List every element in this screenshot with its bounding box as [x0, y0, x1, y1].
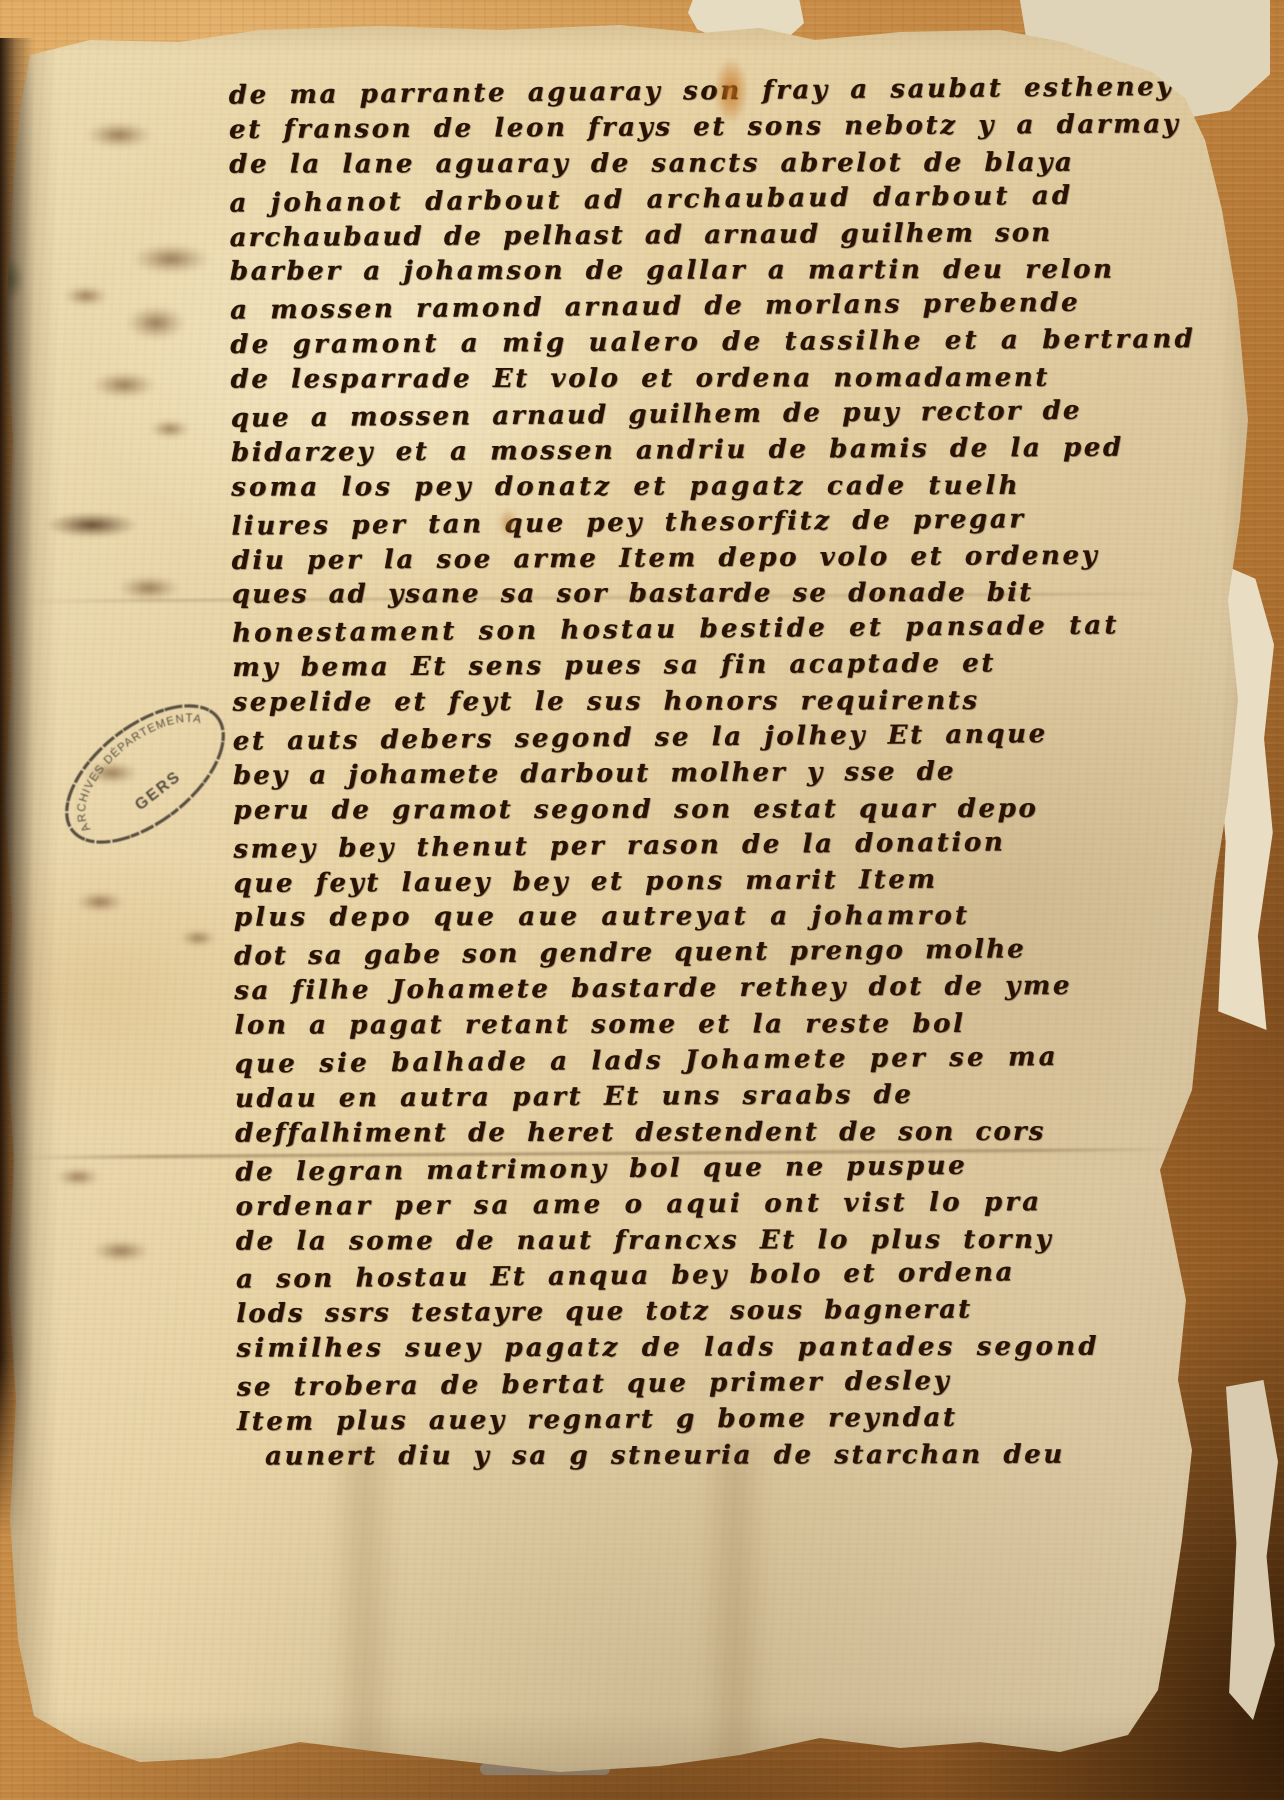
- vertical-fold-shadow: [700, 1440, 770, 1770]
- underleaf-right-lower-edge: [1226, 1380, 1278, 1720]
- orange-ink-stain: [714, 58, 748, 124]
- ink-bleed-spot: [180, 930, 216, 946]
- manuscript-line: bey a johamete darbout molher y sse de: [233, 753, 1233, 795]
- ink-bleed-spot: [92, 1240, 150, 1262]
- plant-fiber-fragment: [0, 258, 24, 300]
- manuscript-page: ARCHIVES DÉPARTEMENTALES GERS de ma parr…: [0, 0, 1284, 1800]
- ink-bleed-spot: [46, 512, 138, 538]
- manuscript-line: lods ssrs testayre que totz sous bagnera…: [236, 1291, 1236, 1333]
- manuscript-line: aunert diu y sa g stneuria de starchan d…: [237, 1437, 1237, 1475]
- ink-bleed-spot: [76, 892, 124, 912]
- orange-ink-stain: [498, 508, 518, 538]
- ink-bleed-spot: [132, 244, 210, 274]
- ink-bleed-spot: [64, 286, 108, 306]
- ink-bleed-spot: [118, 576, 180, 600]
- manuscript-line: de gramont a mig ualero de tassilhe et a…: [230, 322, 1230, 364]
- manuscript-line: bidarzey et a mossen andriu de bamis de …: [231, 430, 1231, 472]
- ink-bleed-spot: [86, 122, 152, 148]
- manuscript-line: Item plus auey regnart g bome reyndat: [237, 1399, 1237, 1441]
- manuscript-line: peru de gramot segond son estat quar dep…: [233, 791, 1233, 829]
- ink-bleed-spot: [56, 1168, 100, 1186]
- stamp-arc-label: ARCHIVES DÉPARTEMENTALES: [52, 690, 217, 835]
- manuscript-line: my bema Et sens pues sa fin acaptade et: [232, 645, 1232, 687]
- manuscript-line: de la lane aguaray de sancts abrelot de …: [229, 145, 1229, 183]
- archives-oval-stamp: ARCHIVES DÉPARTEMENTALES GERS: [40, 684, 250, 864]
- manuscript-line: sa filhe Johamete bastarde rethey dot de…: [234, 968, 1234, 1010]
- manuscript-line: deffalhiment de heret destendent de son …: [235, 1114, 1235, 1152]
- ink-bleed-spot: [150, 420, 190, 438]
- ink-bleed-spot: [126, 306, 186, 340]
- ink-bleed-spot: [92, 372, 156, 398]
- stamp-center-label: GERS: [132, 768, 185, 814]
- manuscript-line: soma los pey donatz et pagatz cade tuelh: [231, 468, 1231, 506]
- manuscript-line: udau en autra part Et uns sraabs de: [235, 1076, 1235, 1118]
- manuscript-text: de ma parrante aguaray son fray a saubat…: [229, 71, 1238, 1477]
- photo-of-manuscript: { "document": { "kind": "medieval manusc…: [0, 0, 1284, 1800]
- vertical-fold-shadow: [330, 1440, 400, 1770]
